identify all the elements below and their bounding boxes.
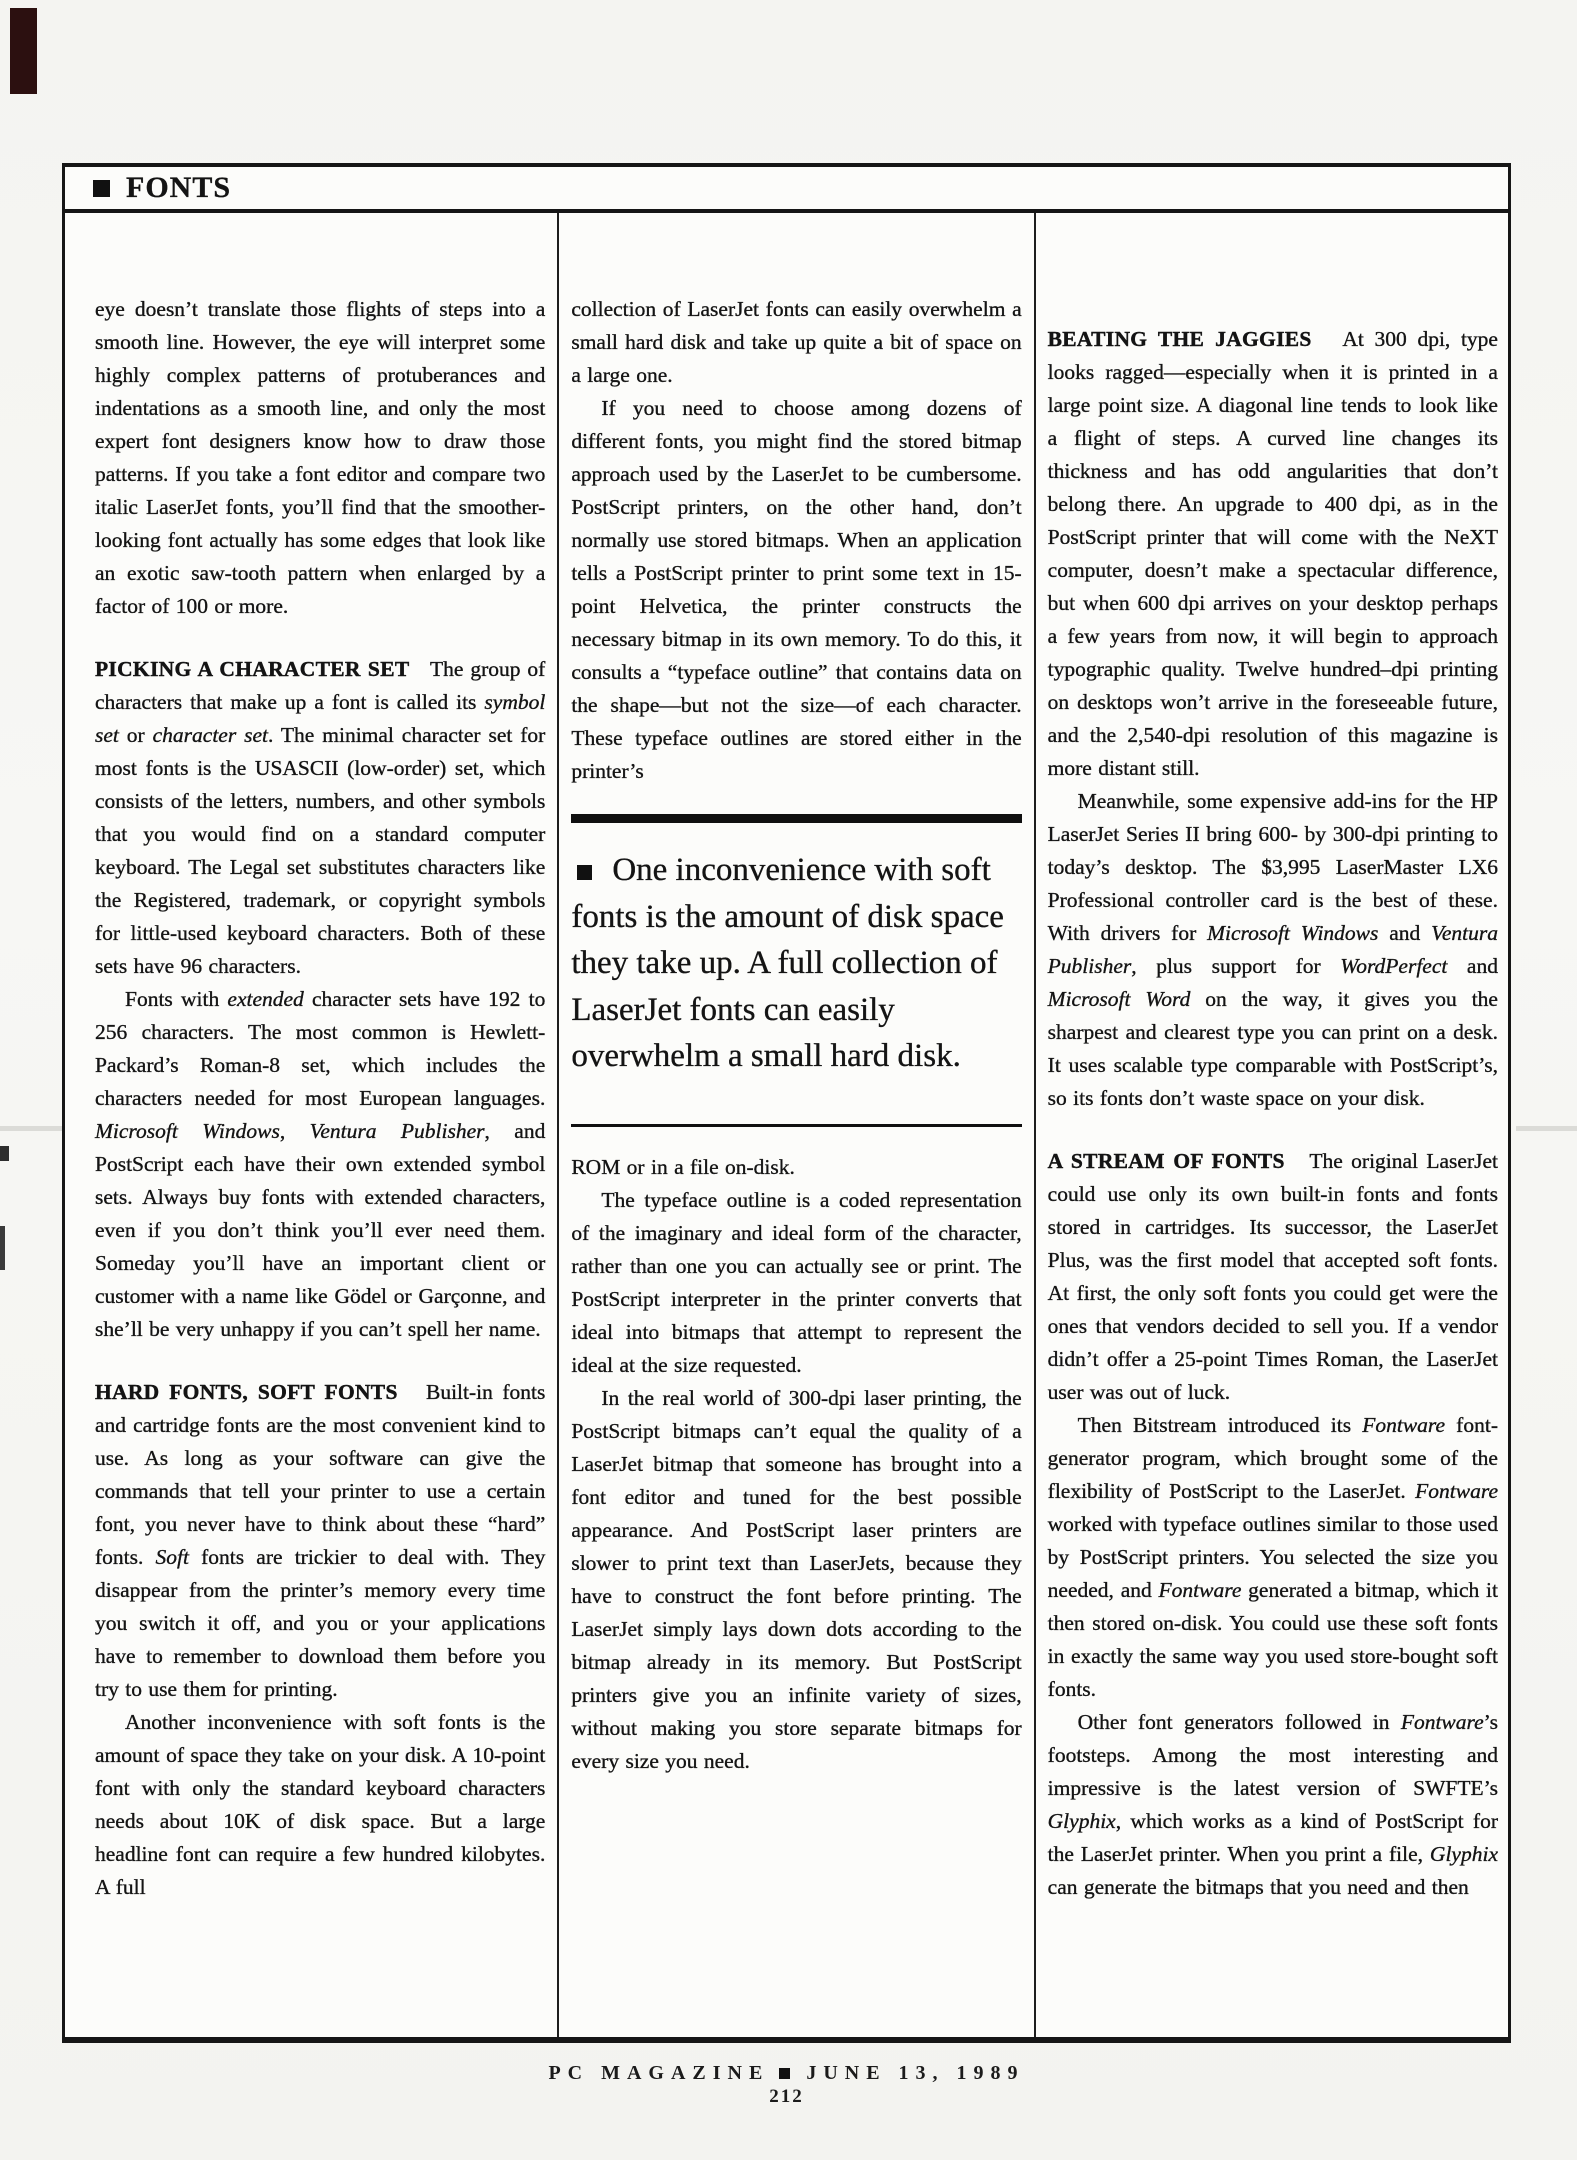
run-in-heading: HARD FONTS, SOFT FONTS [95,1380,398,1404]
scan-artifact-fold-line-left [0,1126,62,1131]
scan-artifact-fold-line-right [1516,1126,1577,1131]
section-lead-paragraph: HARD FONTS, SOFT FONTS Built-in fonts an… [95,1376,545,1706]
footer-page-number: 212 [62,2086,1511,2108]
paragraph: Then Bitstream introduced its Fontware f… [1048,1409,1498,1706]
column-rule [1034,213,1036,2037]
pull-quote: One inconvenience with soft fonts is the… [571,814,1021,1127]
paragraph: Fonts with extended character sets have … [95,983,545,1346]
footer-date: JUNE 13, 1989 [806,2062,1024,2084]
magazine-page-scan: { "header": { "section_label": "FONTS" }… [0,0,1577,2160]
scan-artifact-edge-tick [0,1146,9,1161]
column-1: eye doesn’t translate those flights of s… [95,293,545,2037]
pullquote-top-rule [571,814,1021,823]
column-rule [557,213,559,2037]
paragraph: eye doesn’t translate those flights of s… [95,293,545,623]
section-header-band: FONTS [65,167,1508,213]
pullquote-bottom-rule [571,1124,1021,1127]
article-columns: eye doesn’t translate those flights of s… [65,213,1508,2037]
paragraph: Meanwhile, some expensive add-ins for th… [1048,785,1498,1115]
section-title: FONTS [126,171,231,205]
section-lead-paragraph: PICKING A CHARACTER SET The group of cha… [95,653,545,983]
paragraph: collection of LaserJet fonts can easily … [571,293,1021,392]
page-footer: PC MAGAZINEJUNE 13, 1989 212 [62,2062,1511,2108]
scan-artifact-edge-tick [0,1226,5,1270]
footer-magazine-line: PC MAGAZINEJUNE 13, 1989 [62,2062,1511,2085]
section-bullet-icon [93,180,110,197]
paragraph: If you need to choose among dozens of di… [571,392,1021,788]
run-in-heading: BEATING THE JAGGIES [1048,327,1312,351]
column-3: BEATING THE JAGGIES At 300 dpi, type loo… [1048,293,1498,2037]
paragraph: ROM or in a file on-disk. [571,1151,1021,1184]
paragraph: In the real world of 300-dpi laser print… [571,1382,1021,1778]
run-in-heading: A STREAM OF FONTS [1048,1149,1285,1173]
scan-artifact-corner-mark [10,8,37,94]
section-lead-paragraph: BEATING THE JAGGIES At 300 dpi, type loo… [1048,323,1498,785]
pullquote-text: One inconvenience with soft fonts is the… [571,847,1021,1080]
paragraph: Other font generators followed in Fontwa… [1048,1706,1498,1904]
paragraph: Another inconvenience with soft fonts is… [95,1706,545,1904]
section-lead-paragraph: A STREAM OF FONTS The original LaserJet … [1048,1145,1498,1409]
run-in-heading: PICKING A CHARACTER SET [95,657,409,681]
article-box: FONTS eye doesn’t translate those flight… [62,163,1511,2043]
footer-bullet-icon [779,2068,790,2079]
pullquote-bullet-icon [577,865,592,880]
footer-magazine-name: PC MAGAZINE [548,2062,769,2084]
paragraph: The typeface outline is a coded represen… [571,1184,1021,1382]
column-2: collection of LaserJet fonts can easily … [571,293,1021,2037]
